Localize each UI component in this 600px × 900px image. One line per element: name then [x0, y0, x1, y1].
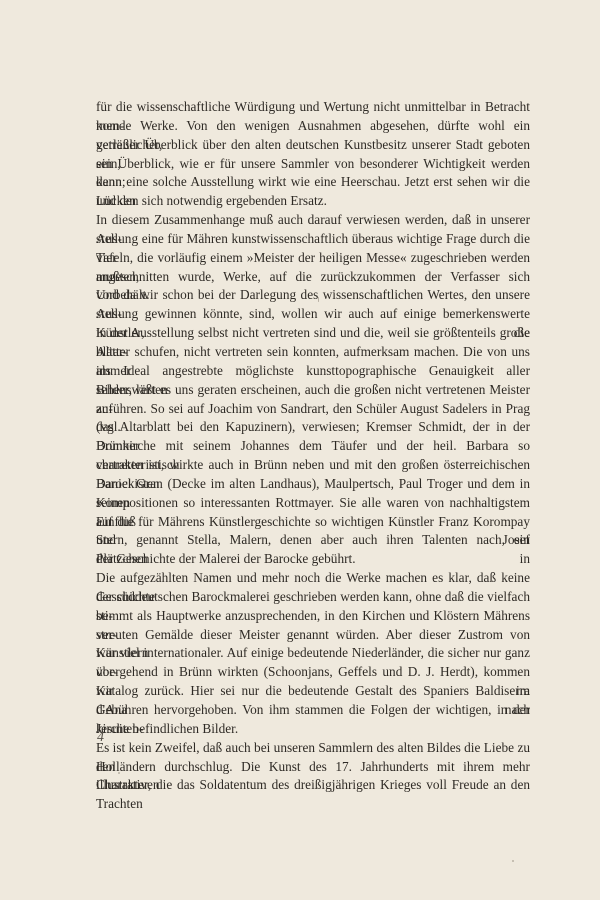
text-line: und den sich notwendig ergebenden Ersatz… — [96, 192, 530, 211]
text-line: Gebühren hervorgehoben. Von ihm stammen … — [96, 701, 530, 720]
text-line: Die aufgezählten Namen und mehr noch die… — [96, 569, 530, 588]
text-line: streuten Gemälde dieser Meister genannt … — [96, 626, 530, 645]
paragraph: für die wissenschaftliche Würdigung und … — [96, 98, 530, 211]
text-line: getreuer Überblick über den alten deutsc… — [96, 136, 530, 155]
text-line: Stern, genannt Stella, Malern, denen abe… — [96, 531, 530, 550]
text-line: war viel internationaler. Auf einige bed… — [96, 644, 530, 663]
text-line-content: der Geschichte der Malerei der Barocke g… — [96, 550, 530, 569]
paragraph: Es ist kein Zweifel, daß auch bei unsere… — [96, 739, 530, 796]
book-page: für die wissenschaftliche Würdigung und … — [0, 0, 600, 900]
paper-speck — [318, 297, 319, 302]
text-line: ein Überblick, wie er für unsere Sammler… — [96, 155, 530, 174]
text-line: Charakter, die das Soldatentum des dreiß… — [96, 776, 530, 795]
text-line: Tafeln, die vorläufig einem »Meister der… — [96, 249, 530, 268]
text-line: zuführen. So sei auf Joachim von Sandrar… — [96, 400, 530, 419]
text-line: Daniel Gran (Decke im alten Landhaus), M… — [96, 475, 530, 494]
text-line: der süddeutschen Barockmalerei geschrieb… — [96, 588, 530, 607]
text-line: übergehend in Brünn wirkten (Schoonjans,… — [96, 663, 530, 682]
text-line-content: Charakter, die das Soldatentum des dreiß… — [96, 776, 530, 814]
text-line: kirche befindlichen Bilder. — [96, 720, 530, 739]
text-line: für die wissenschaftliche Würdigung und … — [96, 98, 530, 117]
text-line: Und da wir schon bei der Darlegung des w… — [96, 286, 530, 305]
text-line: Holländern durchschlug. Die Kunst des 17… — [96, 758, 530, 777]
text-line: auf die für Mährens Künstlergeschichte s… — [96, 513, 530, 532]
paper-speck — [512, 860, 514, 862]
text-line: Bilder, läßt es uns geraten erscheinen, … — [96, 381, 530, 400]
text-line-content: kirche befindlichen Bilder. — [96, 720, 530, 739]
text-line: der Geschichte der Malerei der Barocke g… — [96, 550, 530, 569]
text-line: das Altarblatt bei den Kapuzinern), verw… — [96, 418, 530, 437]
text-line: mende Werke. Von den wenigen Ausnahmen a… — [96, 117, 530, 136]
text-line-content: und den sich notwendig ergebenden Ersatz… — [96, 192, 530, 211]
text-line: stellung eine für Mähren kunstwissenscha… — [96, 230, 530, 249]
paragraph: In diesem Zusammenhange muß auch darauf … — [96, 211, 530, 569]
text-line: In diesem Zusammenhange muß auch darauf … — [96, 211, 530, 230]
text-line: vertreten ist, wirkte auch in Brünn nebe… — [96, 456, 530, 475]
text-line: angeschnitten wurde, Werke, auf die zurü… — [96, 268, 530, 287]
text-line: Es ist kein Zweifel, daß auch bei unsere… — [96, 739, 530, 758]
text-line: denn eine solche Ausstellung wirkt wie e… — [96, 173, 530, 192]
text-line: als Ideal angestrebte möglichste kunstto… — [96, 362, 530, 381]
paper-speck — [118, 772, 120, 774]
text-line: Katalog zurück. Hier sei nur die bedeute… — [96, 682, 530, 701]
text-line: Kompositionen so interessanten Rottmayer… — [96, 494, 530, 513]
text-line: Domkirche mit seinem Johannes dem Täufer… — [96, 437, 530, 456]
page-number: 4 — [97, 730, 104, 746]
text-line: stellung gewinnen könnte, sind, wollen w… — [96, 305, 530, 324]
text-line: in der Ausstellung selbst nicht vertrete… — [96, 324, 530, 343]
body-text: für die wissenschaftliche Würdigung und … — [96, 98, 530, 795]
text-line: stimmt als Hauptwerke anzusprechenden, i… — [96, 607, 530, 626]
text-line: blätter schufen, nicht vertreten sein ko… — [96, 343, 530, 362]
paragraph: Die aufgezählten Namen und mehr noch die… — [96, 569, 530, 739]
